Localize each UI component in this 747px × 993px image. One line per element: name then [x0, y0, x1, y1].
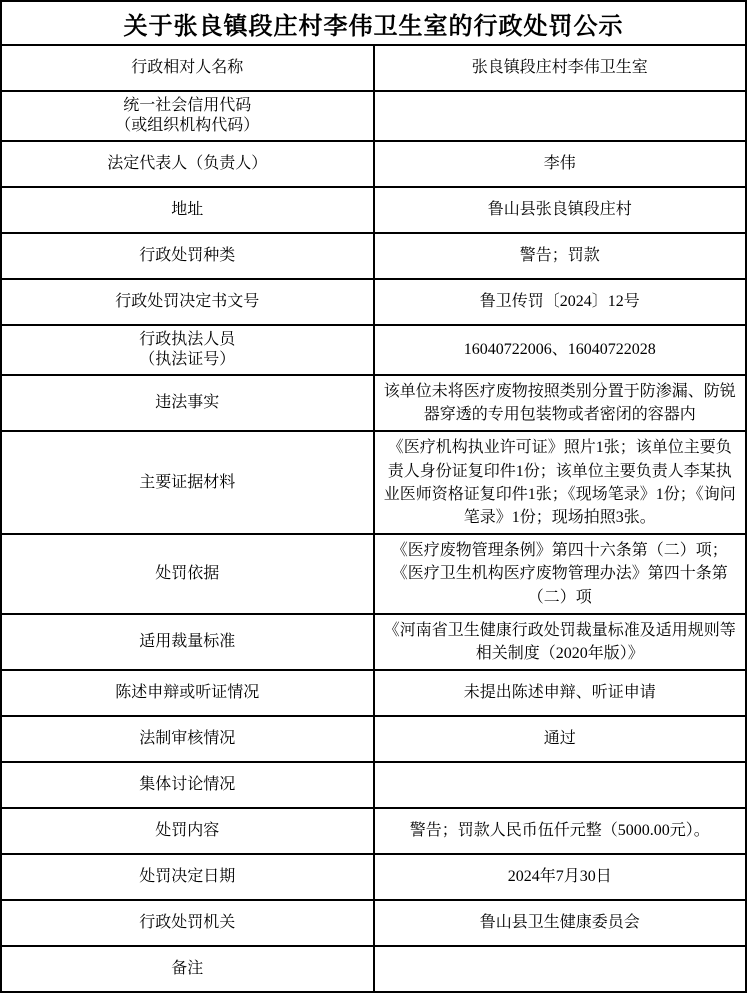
row-label: 法定代表人（负责人）: [1, 141, 374, 187]
table-row: 行政执法人员 （执法证号） 16040722006、16040722028: [1, 325, 746, 375]
table-row: 陈述申辩或听证情况 未提出陈述申辩、听证申请: [1, 670, 746, 716]
title-row: 关于张良镇段庄村李伟卫生室的行政处罚公示: [1, 1, 746, 45]
row-label: 处罚决定日期: [1, 854, 374, 900]
row-value: [374, 91, 747, 141]
row-value: 鲁山县张良镇段庄村: [374, 187, 747, 233]
table-row: 法制审核情况 通过: [1, 716, 746, 762]
table-row: 行政处罚决定书文号 鲁卫传罚〔2024〕12号: [1, 279, 746, 325]
row-value: 未提出陈述申辩、听证申请: [374, 670, 747, 716]
page-title: 关于张良镇段庄村李伟卫生室的行政处罚公示: [1, 1, 746, 45]
row-value: 鲁卫传罚〔2024〕12号: [374, 279, 747, 325]
table-body: 关于张良镇段庄村李伟卫生室的行政处罚公示 行政相对人名称 张良镇段庄村李伟卫生室…: [1, 1, 746, 992]
row-label: 行政处罚决定书文号: [1, 279, 374, 325]
row-label: 行政处罚种类: [1, 233, 374, 279]
table-row: 处罚决定日期 2024年7月30日: [1, 854, 746, 900]
table-row: 适用裁量标准 《河南省卫生健康行政处罚裁量标准及适用规则等相关制度（2020年版…: [1, 614, 746, 670]
row-label: 统一社会信用代码 （或组织机构代码）: [1, 91, 374, 141]
penalty-table: 关于张良镇段庄村李伟卫生室的行政处罚公示 行政相对人名称 张良镇段庄村李伟卫生室…: [0, 0, 747, 993]
row-value: 《医疗废物管理条例》第四十六条第（二）项；《医疗卫生机构医疗废物管理办法》第四十…: [374, 534, 747, 614]
table-row: 处罚依据 《医疗废物管理条例》第四十六条第（二）项；《医疗卫生机构医疗废物管理办…: [1, 534, 746, 614]
row-value: 鲁山县卫生健康委员会: [374, 900, 747, 946]
row-label: 处罚依据: [1, 534, 374, 614]
row-label: 行政处罚机关: [1, 900, 374, 946]
row-label: 违法事实: [1, 375, 374, 431]
row-value: 李伟: [374, 141, 747, 187]
row-label: 行政相对人名称: [1, 45, 374, 91]
table-row: 行政相对人名称 张良镇段庄村李伟卫生室: [1, 45, 746, 91]
row-label: 主要证据材料: [1, 431, 374, 534]
row-value: [374, 762, 747, 808]
row-value: 警告；罚款: [374, 233, 747, 279]
table-row: 集体讨论情况: [1, 762, 746, 808]
row-label: 适用裁量标准: [1, 614, 374, 670]
row-label: 备注: [1, 946, 374, 992]
row-label: 集体讨论情况: [1, 762, 374, 808]
row-value: 2024年7月30日: [374, 854, 747, 900]
row-label: 处罚内容: [1, 808, 374, 854]
row-label: 法制审核情况: [1, 716, 374, 762]
table-row: 违法事实 该单位未将医疗废物按照类别分置于防渗漏、防锐器穿透的专用包装物或者密闭…: [1, 375, 746, 431]
table-row: 主要证据材料 《医疗机构执业许可证》照片1张；该单位主要负责人身份证复印件1份；…: [1, 431, 746, 534]
row-value: 警告；罚款人民币伍仟元整（5000.00元）。: [374, 808, 747, 854]
penalty-notice-page: 关于张良镇段庄村李伟卫生室的行政处罚公示 行政相对人名称 张良镇段庄村李伟卫生室…: [0, 0, 747, 993]
table-row: 法定代表人（负责人） 李伟: [1, 141, 746, 187]
row-value: 该单位未将医疗废物按照类别分置于防渗漏、防锐器穿透的专用包装物或者密闭的容器内: [374, 375, 747, 431]
row-label: 行政执法人员 （执法证号）: [1, 325, 374, 375]
table-row: 地址 鲁山县张良镇段庄村: [1, 187, 746, 233]
table-row: 备注: [1, 946, 746, 992]
row-label: 陈述申辩或听证情况: [1, 670, 374, 716]
row-value: [374, 946, 747, 992]
row-value: 通过: [374, 716, 747, 762]
row-value: 《河南省卫生健康行政处罚裁量标准及适用规则等相关制度（2020年版）》: [374, 614, 747, 670]
row-value: 《医疗机构执业许可证》照片1张；该单位主要负责人身份证复印件1份；该单位主要负责…: [374, 431, 747, 534]
row-value: 16040722006、16040722028: [374, 325, 747, 375]
table-row: 行政处罚种类 警告；罚款: [1, 233, 746, 279]
row-label: 地址: [1, 187, 374, 233]
table-row: 行政处罚机关 鲁山县卫生健康委员会: [1, 900, 746, 946]
table-row: 统一社会信用代码 （或组织机构代码）: [1, 91, 746, 141]
table-row: 处罚内容 警告；罚款人民币伍仟元整（5000.00元）。: [1, 808, 746, 854]
row-value: 张良镇段庄村李伟卫生室: [374, 45, 747, 91]
